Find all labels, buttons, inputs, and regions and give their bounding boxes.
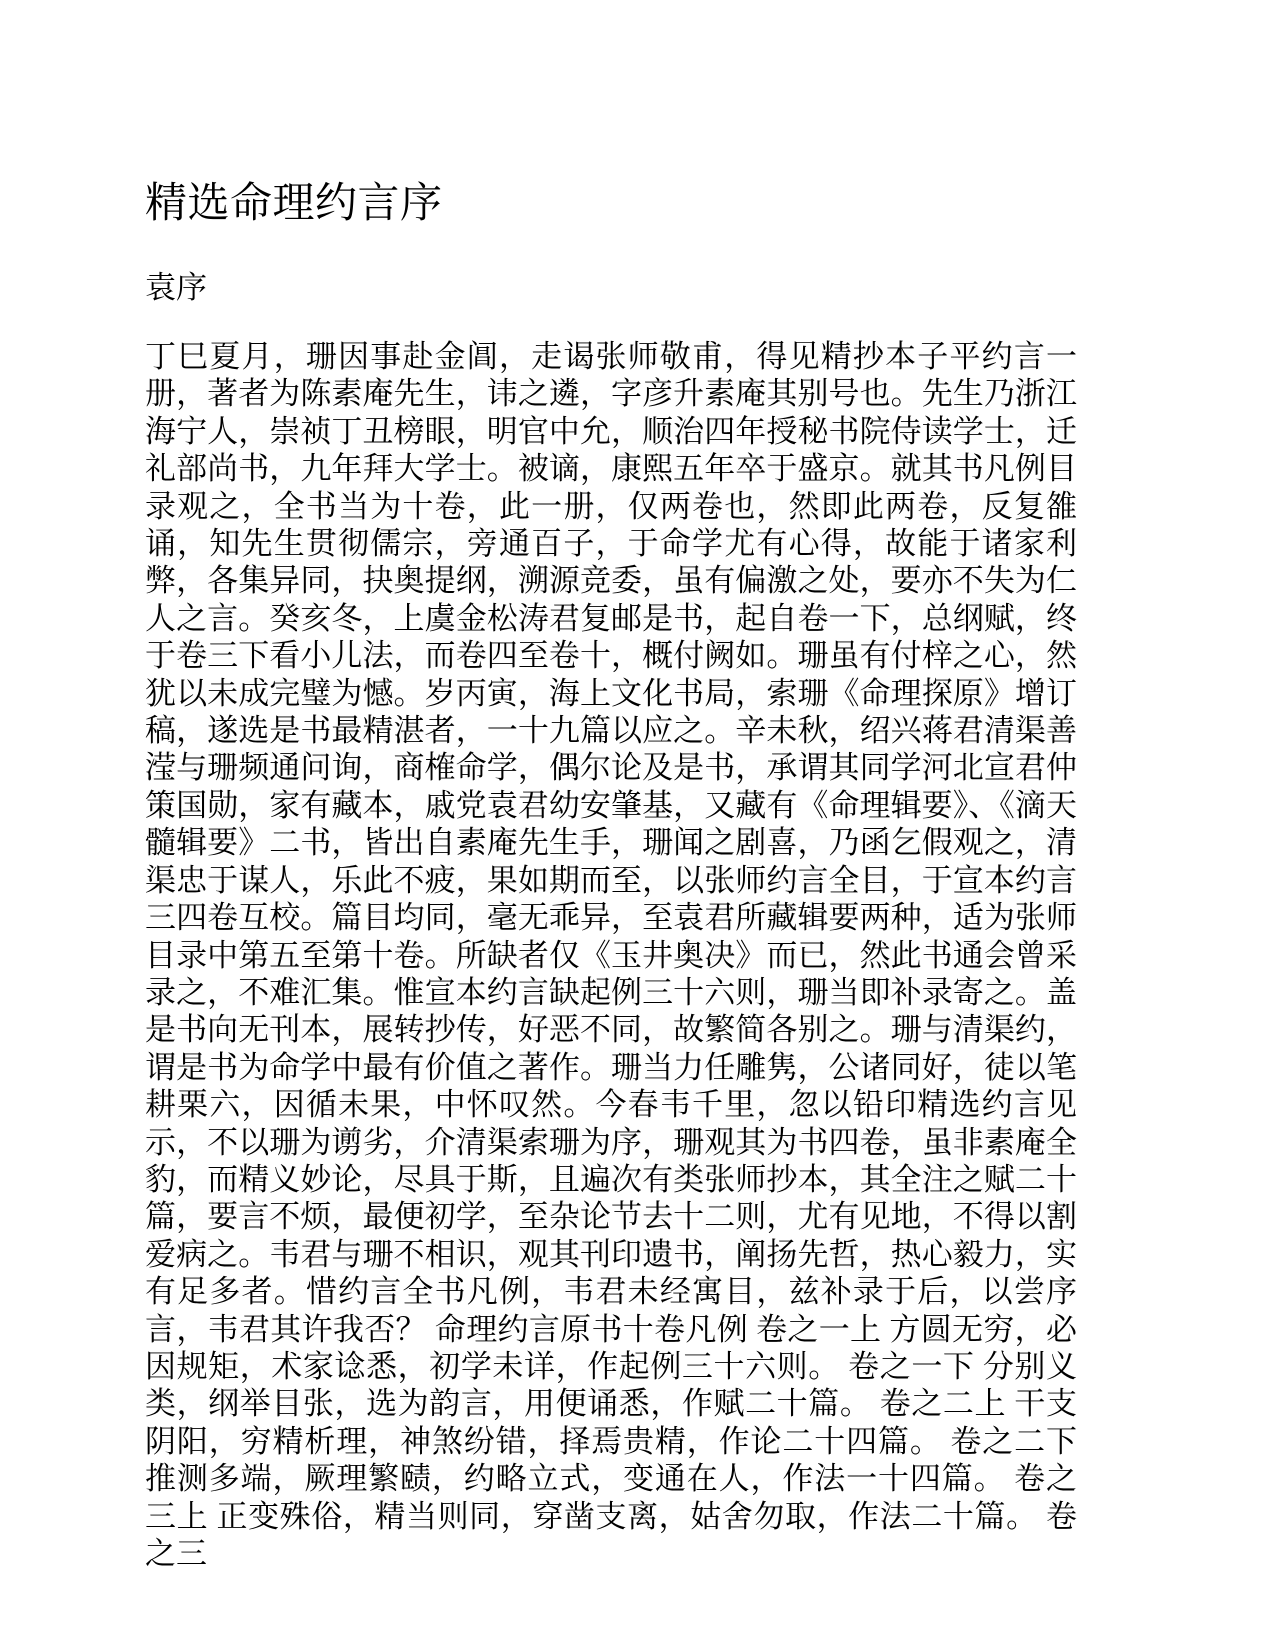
document-title: 精选命理约言序 bbox=[145, 170, 443, 230]
section-heading: 袁序 bbox=[145, 262, 207, 307]
body-paragraph: 丁巳夏月，珊因事赴金阊，走谒张师敬甫，得见精抄本子平约言一册，著者为陈素庵先生，… bbox=[145, 338, 1077, 1572]
document-page: 精选命理约言序 袁序 丁巳夏月，珊因事赴金阊，走谒张师敬甫，得见精抄本子平约言一… bbox=[0, 0, 1275, 1650]
